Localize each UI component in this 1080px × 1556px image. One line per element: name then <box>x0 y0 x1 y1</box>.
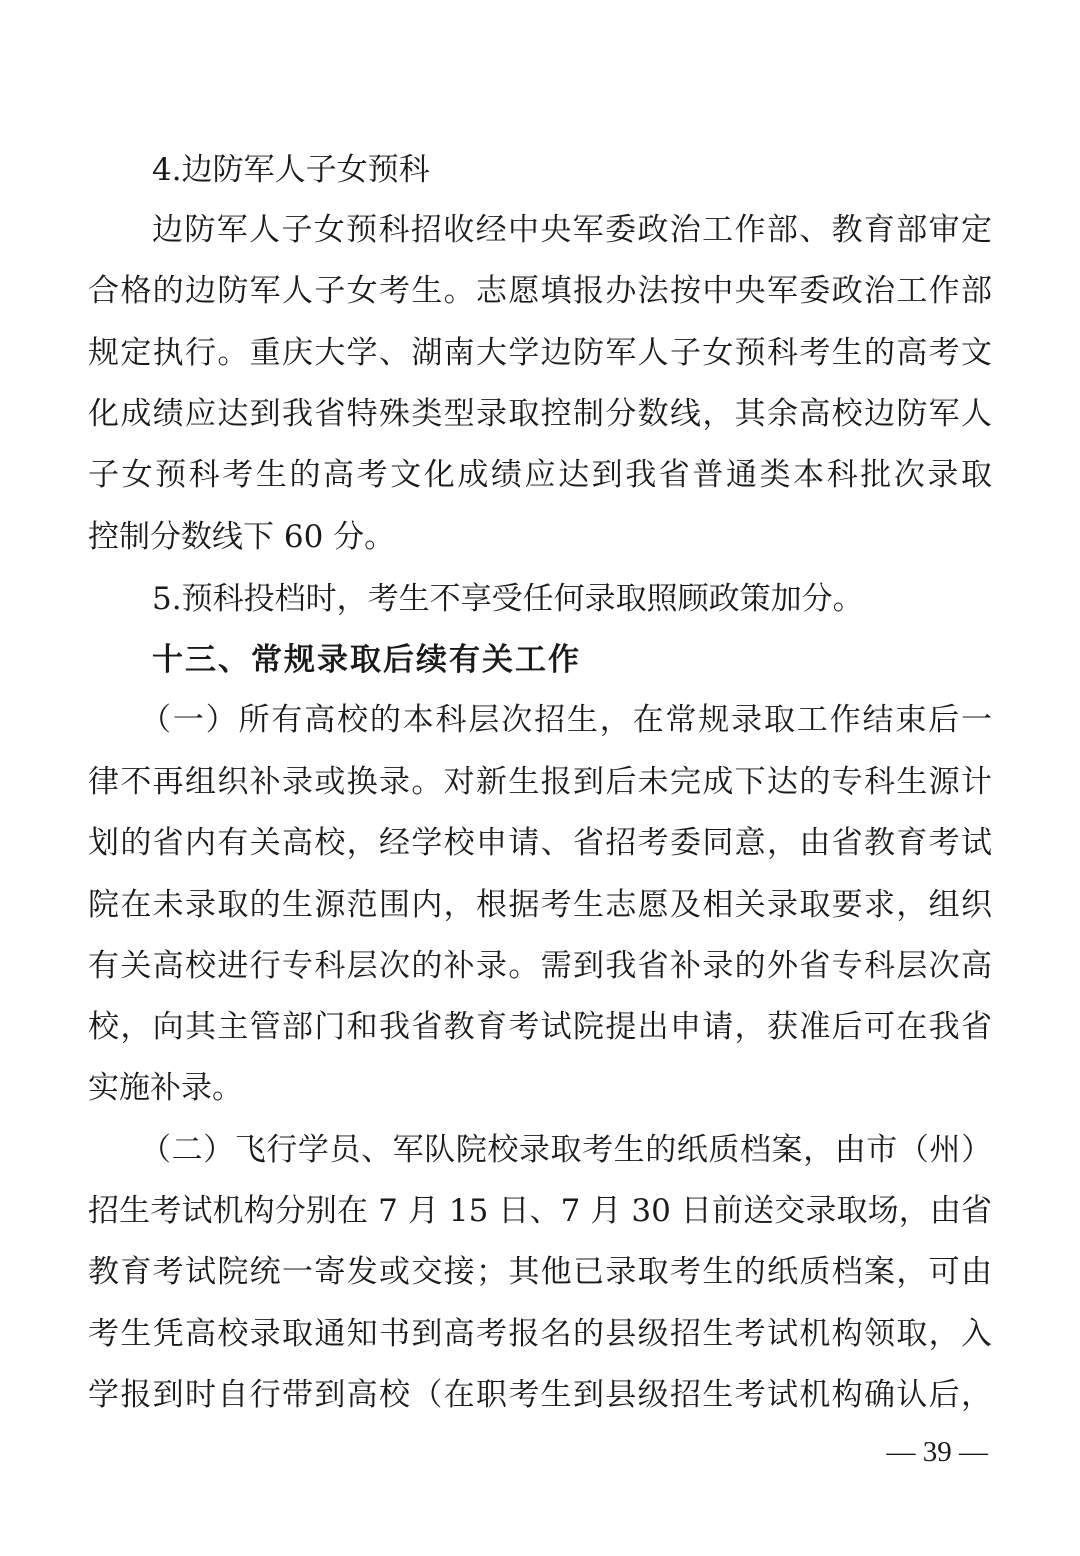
item-1-line-7: 实施补录。 <box>88 1066 992 1110</box>
section-4-line-2: 合格的边防军人子女考生。志愿填报办法按中央军委政治工作部 <box>88 269 992 313</box>
item-1-line-1: （一）所有高校的本科层次招生，在常规录取工作结束后一 <box>140 698 992 742</box>
section-4-line-5: 子女预科考生的高考文化成绩应达到我省普通类本科批次录取 <box>88 453 992 497</box>
item-1-line-2: 律不再组织补录或换录。对新生报到后未完成下达的专科生源计 <box>88 760 992 804</box>
section-5-text: 5.预科投档时，考生不享受任何录取照顾政策加分。 <box>152 577 992 621</box>
section-4-heading: 4.边防军人子女预科 <box>152 148 992 192</box>
item-2-line-5: 学报到时自行带到高校（在职考生到县级招生考试机构确认后， <box>88 1373 992 1417</box>
item-1-line-4: 院在未录取的生源范围内，根据考生志愿及相关录取要求，组织 <box>88 883 992 927</box>
document-page: 4.边防军人子女预科 边防军人子女预科招收经中央军委政治工作部、教育部审定 合格… <box>0 0 1080 1556</box>
item-2-line-4: 考生凭高校录取通知书到高考报名的县级招生考试机构领取，入 <box>88 1312 992 1356</box>
section-4-line-6: 控制分数线下 60 分。 <box>88 515 992 559</box>
item-1-line-5: 有关高校进行专科层次的补录。需到我省补录的外省专科层次高 <box>88 944 992 988</box>
item-2-line-3: 教育考试院统一寄发或交接；其他已录取考生的纸质档案，可由 <box>88 1250 992 1294</box>
section-4-line-3: 规定执行。重庆大学、湖南大学边防军人子女预科考生的高考文 <box>88 331 992 375</box>
section-4-line-1: 边防军人子女预科招收经中央军委政治工作部、教育部审定 <box>152 208 992 252</box>
item-2-line-1: （二）飞行学员、军队院校录取考生的纸质档案，由市（州） <box>140 1128 992 1172</box>
item-1-line-6: 校，向其主管部门和我省教育考试院提出申请，获准后可在我省 <box>88 1005 992 1049</box>
item-1-line-3: 划的省内有关高校，经学校申请、省招考委同意，由省教育考试 <box>88 821 992 865</box>
item-2-line-2: 招生考试机构分别在 7 月 15 日、7 月 30 日前送交录取场，由省 <box>88 1189 992 1233</box>
page-number: — 39 — <box>887 1430 989 1474</box>
chapter-13-heading: 十三、常规录取后续有关工作 <box>152 638 992 682</box>
section-4-line-4: 化成绩应达到我省特殊类型录取控制分数线，其余高校边防军人 <box>88 392 992 436</box>
